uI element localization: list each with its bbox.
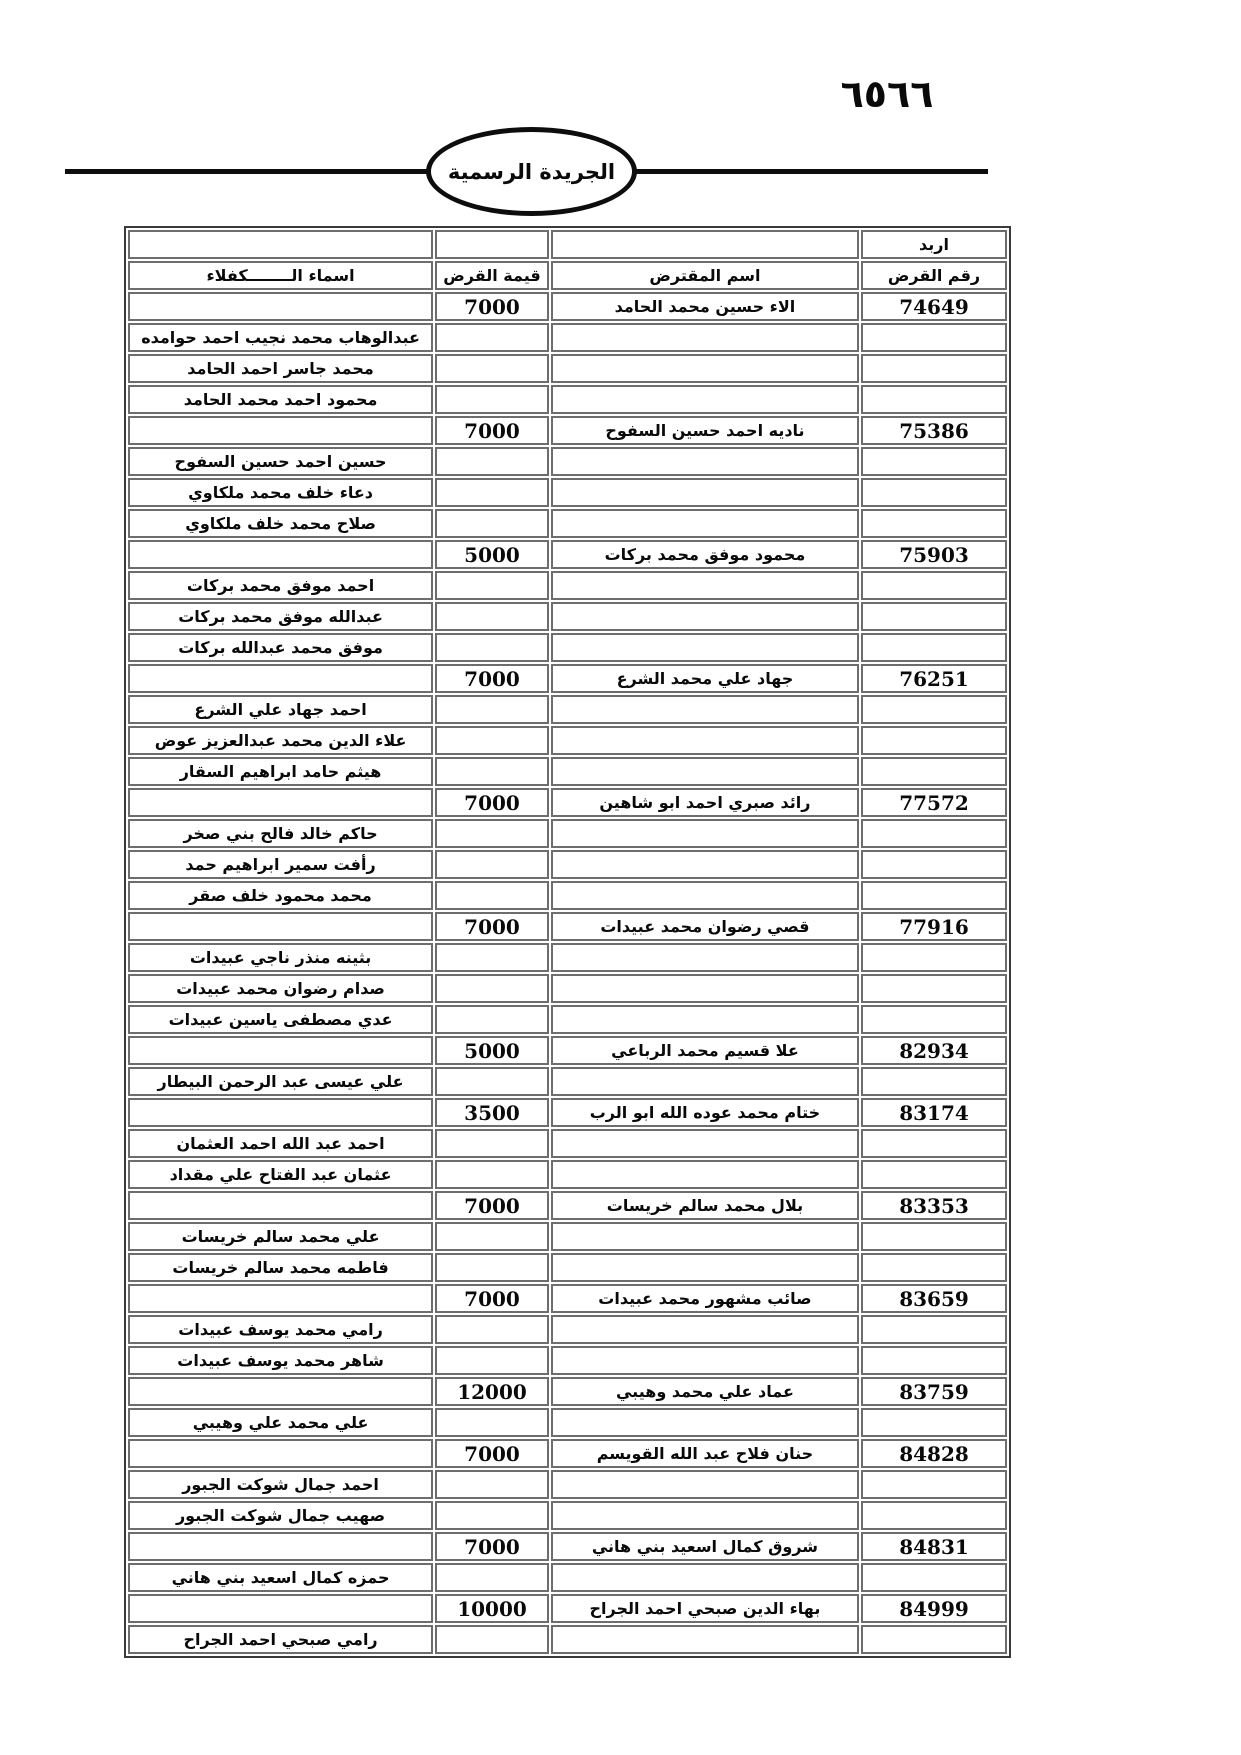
guarantor-row: علي عيسى عبد الرحمن البيطار (128, 1067, 1007, 1096)
guarantor-name-cell: دعاء خلف محمد ملكاوي (128, 478, 433, 507)
gazette-title: الجريدة الرسمية (448, 160, 615, 184)
page-number: ٦٥٦٦ (826, 72, 948, 116)
empty-cell (551, 1005, 859, 1034)
empty-cell (551, 1408, 859, 1437)
empty-cell (861, 1315, 1007, 1344)
empty-cell (435, 974, 549, 1003)
loan-number-cell: 82934 (861, 1036, 1007, 1065)
empty-cell (861, 1253, 1007, 1282)
guarantor-name-cell: رامي محمد يوسف عبيدات (128, 1315, 433, 1344)
header-loan-value: قيمة القرض (435, 261, 549, 290)
empty-cell (551, 323, 859, 352)
loan-value-cell: 3500 (435, 1098, 549, 1127)
guarantor-name-cell: صدام رضوان محمد عبيدات (128, 974, 433, 1003)
borrower-name-cell: رائد صبري احمد ابو شاهين (551, 788, 859, 817)
empty-guarantor-cell (128, 664, 433, 693)
borrower-name-cell: شروق كمال اسعيد بني هاني (551, 1532, 859, 1561)
empty-cell (861, 385, 1007, 414)
header-row: رقم القرض اسم المقترض قيمة القرض اسماء ا… (128, 261, 1007, 290)
loan-value-cell: 7000 (435, 788, 549, 817)
empty-cell (435, 1563, 549, 1592)
empty-cell (861, 354, 1007, 383)
guarantor-row: عبدالله موفق محمد بركات (128, 602, 1007, 631)
guarantor-name-cell: حمزه كمال اسعيد بني هاني (128, 1563, 433, 1592)
empty-cell (551, 602, 859, 631)
loan-value-cell: 5000 (435, 540, 549, 569)
guarantor-row: عبدالوهاب محمد نجيب احمد حوامده (128, 323, 1007, 352)
borrower-name-cell: محمود موفق محمد بركات (551, 540, 859, 569)
empty-cell (435, 726, 549, 755)
empty-guarantor-cell (128, 416, 433, 445)
empty-cell (435, 1470, 549, 1499)
guarantor-row: محمد جاسر احمد الحامد (128, 354, 1007, 383)
borrower-row: 84831شروق كمال اسعيد بني هاني7000 (128, 1532, 1007, 1561)
empty-cell (435, 1625, 549, 1654)
borrower-row: 74649الاء حسين محمد الحامد7000 (128, 292, 1007, 321)
empty-cell (861, 881, 1007, 910)
guarantor-name-cell: عدي مصطفى ياسين عبيدات (128, 1005, 433, 1034)
empty-cell (861, 1563, 1007, 1592)
guarantor-name-cell: بثينه منذر ناجي عبيدات (128, 943, 433, 972)
borrower-row: 76251جهاد علي محمد الشرع7000 (128, 664, 1007, 693)
borrower-name-cell: بلال محمد سالم خريسات (551, 1191, 859, 1220)
empty-cell (861, 1160, 1007, 1189)
borrower-row: 75903محمود موفق محمد بركات5000 (128, 540, 1007, 569)
empty-cell (551, 1346, 859, 1375)
guarantor-row: صهيب جمال شوكت الجبور (128, 1501, 1007, 1530)
empty-cell (551, 1067, 859, 1096)
guarantor-name-cell: عثمان عبد الفتاح علي مقداد (128, 1160, 433, 1189)
empty-cell (551, 1563, 859, 1592)
guarantor-row: حمزه كمال اسعيد بني هاني (128, 1563, 1007, 1592)
empty-cell (435, 1222, 549, 1251)
guarantor-row: دعاء خلف محمد ملكاوي (128, 478, 1007, 507)
empty-cell (435, 1501, 549, 1530)
empty-cell (551, 819, 859, 848)
empty-guarantor-cell (128, 912, 433, 941)
guarantor-name-cell: علي عيسى عبد الرحمن البيطار (128, 1067, 433, 1096)
guarantor-name-cell: فاطمه محمد سالم خريسات (128, 1253, 433, 1282)
guarantor-name-cell: شاهر محمد يوسف عبيدات (128, 1346, 433, 1375)
guarantor-name-cell: حسين احمد حسين السفوح (128, 447, 433, 476)
empty-cell (551, 1160, 859, 1189)
borrower-row: 84999بهاء الدين صبحي احمد الجراح10000 (128, 1594, 1007, 1623)
loan-number-cell: 83353 (861, 1191, 1007, 1220)
empty-cell (435, 819, 549, 848)
borrower-row: 83353بلال محمد سالم خريسات7000 (128, 1191, 1007, 1220)
guarantor-row: محمد محمود خلف صقر (128, 881, 1007, 910)
empty-cell (551, 509, 859, 538)
empty-cell (861, 1222, 1007, 1251)
header-loan-number: رقم القرض (861, 261, 1007, 290)
guarantor-name-cell: احمد عبد الله احمد العثمان (128, 1129, 433, 1158)
empty-cell (861, 323, 1007, 352)
empty-cell (861, 726, 1007, 755)
empty-cell (551, 1501, 859, 1530)
loan-value-cell: 7000 (435, 1532, 549, 1561)
guarantor-name-cell: هيثم حامد ابراهيم السقار (128, 757, 433, 786)
empty-cell (861, 1346, 1007, 1375)
empty-cell (128, 230, 433, 259)
empty-cell (435, 571, 549, 600)
borrower-name-cell: ناديه احمد حسين السفوح (551, 416, 859, 445)
guarantor-row: فاطمه محمد سالم خريسات (128, 1253, 1007, 1282)
guarantor-row: بثينه منذر ناجي عبيدات (128, 943, 1007, 972)
loan-value-cell: 5000 (435, 1036, 549, 1065)
empty-guarantor-cell (128, 1284, 433, 1313)
guarantor-name-cell: حاكم خالد فالح بني صخر (128, 819, 433, 848)
guarantor-row: علي محمد علي وهيبي (128, 1408, 1007, 1437)
empty-cell (861, 633, 1007, 662)
empty-cell (551, 943, 859, 972)
loan-value-cell: 7000 (435, 1439, 549, 1468)
guarantor-row: محمود احمد محمد الحامد (128, 385, 1007, 414)
guarantor-row: علاء الدين محمد عبدالعزيز عوض (128, 726, 1007, 755)
empty-cell (861, 819, 1007, 848)
empty-cell (861, 943, 1007, 972)
guarantor-row: احمد عبد الله احمد العثمان (128, 1129, 1007, 1158)
empty-cell (435, 1315, 549, 1344)
guarantor-name-cell: عبدالوهاب محمد نجيب احمد حوامده (128, 323, 433, 352)
region-label-cell: اربد (861, 230, 1007, 259)
guarantor-row: صلاح محمد خلف ملكاوي (128, 509, 1007, 538)
loan-number-cell: 83759 (861, 1377, 1007, 1406)
empty-cell (435, 633, 549, 662)
loan-value-cell: 7000 (435, 292, 549, 321)
borrower-row: 75386ناديه احمد حسين السفوح7000 (128, 416, 1007, 445)
empty-cell (861, 509, 1007, 538)
borrower-name-cell: جهاد علي محمد الشرع (551, 664, 859, 693)
guarantor-name-cell: علاء الدين محمد عبدالعزيز عوض (128, 726, 433, 755)
loan-value-cell: 7000 (435, 416, 549, 445)
guarantor-row: احمد موفق محمد بركات (128, 571, 1007, 600)
loan-number-cell: 74649 (861, 292, 1007, 321)
guarantor-row: علي محمد سالم خريسات (128, 1222, 1007, 1251)
empty-cell (435, 1129, 549, 1158)
empty-cell (435, 478, 549, 507)
empty-cell (435, 323, 549, 352)
guarantor-row: احمد جمال شوكت الجبور (128, 1470, 1007, 1499)
empty-cell (861, 1067, 1007, 1096)
empty-cell (861, 757, 1007, 786)
loan-value-cell: 7000 (435, 1284, 549, 1313)
empty-cell (435, 385, 549, 414)
borrower-name-cell: حنان فلاح عبد الله القويسم (551, 1439, 859, 1468)
guarantor-name-cell: علي محمد علي وهيبي (128, 1408, 433, 1437)
empty-cell (551, 757, 859, 786)
guarantor-row: عثمان عبد الفتاح علي مقداد (128, 1160, 1007, 1189)
empty-cell (861, 695, 1007, 724)
loan-value-cell: 12000 (435, 1377, 549, 1406)
guarantor-name-cell: رأفت سمير ابراهيم حمد (128, 850, 433, 879)
borrower-name-cell: الاء حسين محمد الحامد (551, 292, 859, 321)
empty-cell (861, 1408, 1007, 1437)
empty-cell (435, 881, 549, 910)
guarantor-row: شاهر محمد يوسف عبيدات (128, 1346, 1007, 1375)
empty-cell (861, 1470, 1007, 1499)
empty-cell (551, 633, 859, 662)
borrower-row: 77572رائد صبري احمد ابو شاهين7000 (128, 788, 1007, 817)
guarantor-name-cell: رامي صبحي احمد الجراح (128, 1625, 433, 1654)
loan-number-cell: 75903 (861, 540, 1007, 569)
empty-cell (861, 850, 1007, 879)
empty-guarantor-cell (128, 1377, 433, 1406)
empty-cell (551, 478, 859, 507)
guarantor-name-cell: محمد محمود خلف صقر (128, 881, 433, 910)
borrower-name-cell: عماد علي محمد وهيبي (551, 1377, 859, 1406)
region-row: اربد (128, 230, 1007, 259)
empty-cell (435, 509, 549, 538)
empty-cell (551, 1222, 859, 1251)
guarantor-row: صدام رضوان محمد عبيدات (128, 974, 1007, 1003)
empty-cell (435, 230, 549, 259)
empty-cell (861, 1129, 1007, 1158)
guarantor-name-cell: عبدالله موفق محمد بركات (128, 602, 433, 631)
empty-cell (435, 850, 549, 879)
loan-number-cell: 77572 (861, 788, 1007, 817)
guarantor-name-cell: احمد جهاد علي الشرع (128, 695, 433, 724)
empty-guarantor-cell (128, 788, 433, 817)
borrower-row: 83759عماد علي محمد وهيبي12000 (128, 1377, 1007, 1406)
loan-number-cell: 76251 (861, 664, 1007, 693)
empty-cell (435, 1160, 549, 1189)
loan-number-cell: 84828 (861, 1439, 1007, 1468)
empty-cell (551, 447, 859, 476)
empty-cell (551, 726, 859, 755)
empty-cell (551, 1625, 859, 1654)
loan-number-cell: 83174 (861, 1098, 1007, 1127)
empty-cell (861, 974, 1007, 1003)
borrower-name-cell: علا قسيم محمد الرباعي (551, 1036, 859, 1065)
guarantor-row: رامي محمد يوسف عبيدات (128, 1315, 1007, 1344)
empty-cell (861, 602, 1007, 631)
borrower-row: 83174ختام محمد عوده الله ابو الرب3500 (128, 1098, 1007, 1127)
guarantor-name-cell: صلاح محمد خلف ملكاوي (128, 509, 433, 538)
empty-cell (551, 881, 859, 910)
empty-cell (861, 1625, 1007, 1654)
empty-cell (551, 571, 859, 600)
loan-number-cell: 84831 (861, 1532, 1007, 1561)
guarantor-name-cell: موفق محمد عبدالله بركات (128, 633, 433, 662)
empty-guarantor-cell (128, 1439, 433, 1468)
gazette-page: { "page": { "page_number": "٦٥٦٦", "bann… (0, 0, 1241, 1755)
header-guarantors: اسماء الــــــــكفلاء (128, 261, 433, 290)
loan-value-cell: 7000 (435, 664, 549, 693)
loan-value-cell: 7000 (435, 912, 549, 941)
guarantor-name-cell: محمد جاسر احمد الحامد (128, 354, 433, 383)
loan-number-cell: 83659 (861, 1284, 1007, 1313)
guarantor-row: احمد جهاد علي الشرع (128, 695, 1007, 724)
empty-guarantor-cell (128, 292, 433, 321)
borrower-name-cell: صائب مشهور محمد عبيدات (551, 1284, 859, 1313)
empty-cell (435, 943, 549, 972)
empty-cell (435, 695, 549, 724)
empty-cell (861, 1005, 1007, 1034)
empty-cell (861, 1501, 1007, 1530)
empty-cell (551, 1470, 859, 1499)
guarantor-name-cell: علي محمد سالم خريسات (128, 1222, 433, 1251)
guarantor-row: عدي مصطفى ياسين عبيدات (128, 1005, 1007, 1034)
empty-guarantor-cell (128, 1594, 433, 1623)
guarantor-row: حاكم خالد فالح بني صخر (128, 819, 1007, 848)
empty-cell (551, 850, 859, 879)
loan-number-cell: 75386 (861, 416, 1007, 445)
guarantor-row: رأفت سمير ابراهيم حمد (128, 850, 1007, 879)
guarantor-row: حسين احمد حسين السفوح (128, 447, 1007, 476)
borrower-row: 77916قصي رضوان محمد عبيدات7000 (128, 912, 1007, 941)
borrower-name-cell: قصي رضوان محمد عبيدات (551, 912, 859, 941)
borrower-row: 83659صائب مشهور محمد عبيدات7000 (128, 1284, 1007, 1313)
guarantor-name-cell: احمد جمال شوكت الجبور (128, 1470, 433, 1499)
empty-guarantor-cell (128, 1191, 433, 1220)
empty-cell (551, 354, 859, 383)
empty-cell (435, 1253, 549, 1282)
empty-cell (435, 447, 549, 476)
header-borrower-name: اسم المقترض (551, 261, 859, 290)
loan-value-cell: 7000 (435, 1191, 549, 1220)
empty-cell (861, 447, 1007, 476)
empty-cell (861, 478, 1007, 507)
empty-cell (551, 230, 859, 259)
empty-cell (551, 695, 859, 724)
empty-cell (435, 1005, 549, 1034)
guarantor-name-cell: صهيب جمال شوكت الجبور (128, 1501, 433, 1530)
empty-cell (551, 1315, 859, 1344)
empty-cell (551, 974, 859, 1003)
gazette-title-oval: الجريدة الرسمية (426, 127, 637, 216)
borrower-row: 84828حنان فلاح عبد الله القويسم7000 (128, 1439, 1007, 1468)
empty-guarantor-cell (128, 540, 433, 569)
empty-cell (435, 757, 549, 786)
empty-cell (551, 1129, 859, 1158)
empty-cell (551, 385, 859, 414)
borrower-name-cell: ختام محمد عوده الله ابو الرب (551, 1098, 859, 1127)
guarantor-name-cell: محمود احمد محمد الحامد (128, 385, 433, 414)
empty-cell (435, 1408, 549, 1437)
loans-table: اربد رقم القرض اسم المقترض قيمة القرض اس… (124, 226, 1011, 1658)
loan-number-cell: 84999 (861, 1594, 1007, 1623)
borrower-name-cell: بهاء الدين صبحي احمد الجراح (551, 1594, 859, 1623)
empty-cell (861, 571, 1007, 600)
borrower-row: 82934علا قسيم محمد الرباعي5000 (128, 1036, 1007, 1065)
empty-cell (551, 1253, 859, 1282)
guarantor-row: رامي صبحي احمد الجراح (128, 1625, 1007, 1654)
empty-cell (435, 1346, 549, 1375)
empty-guarantor-cell (128, 1098, 433, 1127)
loan-number-cell: 77916 (861, 912, 1007, 941)
empty-cell (435, 602, 549, 631)
empty-guarantor-cell (128, 1532, 433, 1561)
guarantor-row: هيثم حامد ابراهيم السقار (128, 757, 1007, 786)
empty-cell (435, 1067, 549, 1096)
loan-value-cell: 10000 (435, 1594, 549, 1623)
guarantor-name-cell: احمد موفق محمد بركات (128, 571, 433, 600)
empty-guarantor-cell (128, 1036, 433, 1065)
guarantor-row: موفق محمد عبدالله بركات (128, 633, 1007, 662)
empty-cell (435, 354, 549, 383)
